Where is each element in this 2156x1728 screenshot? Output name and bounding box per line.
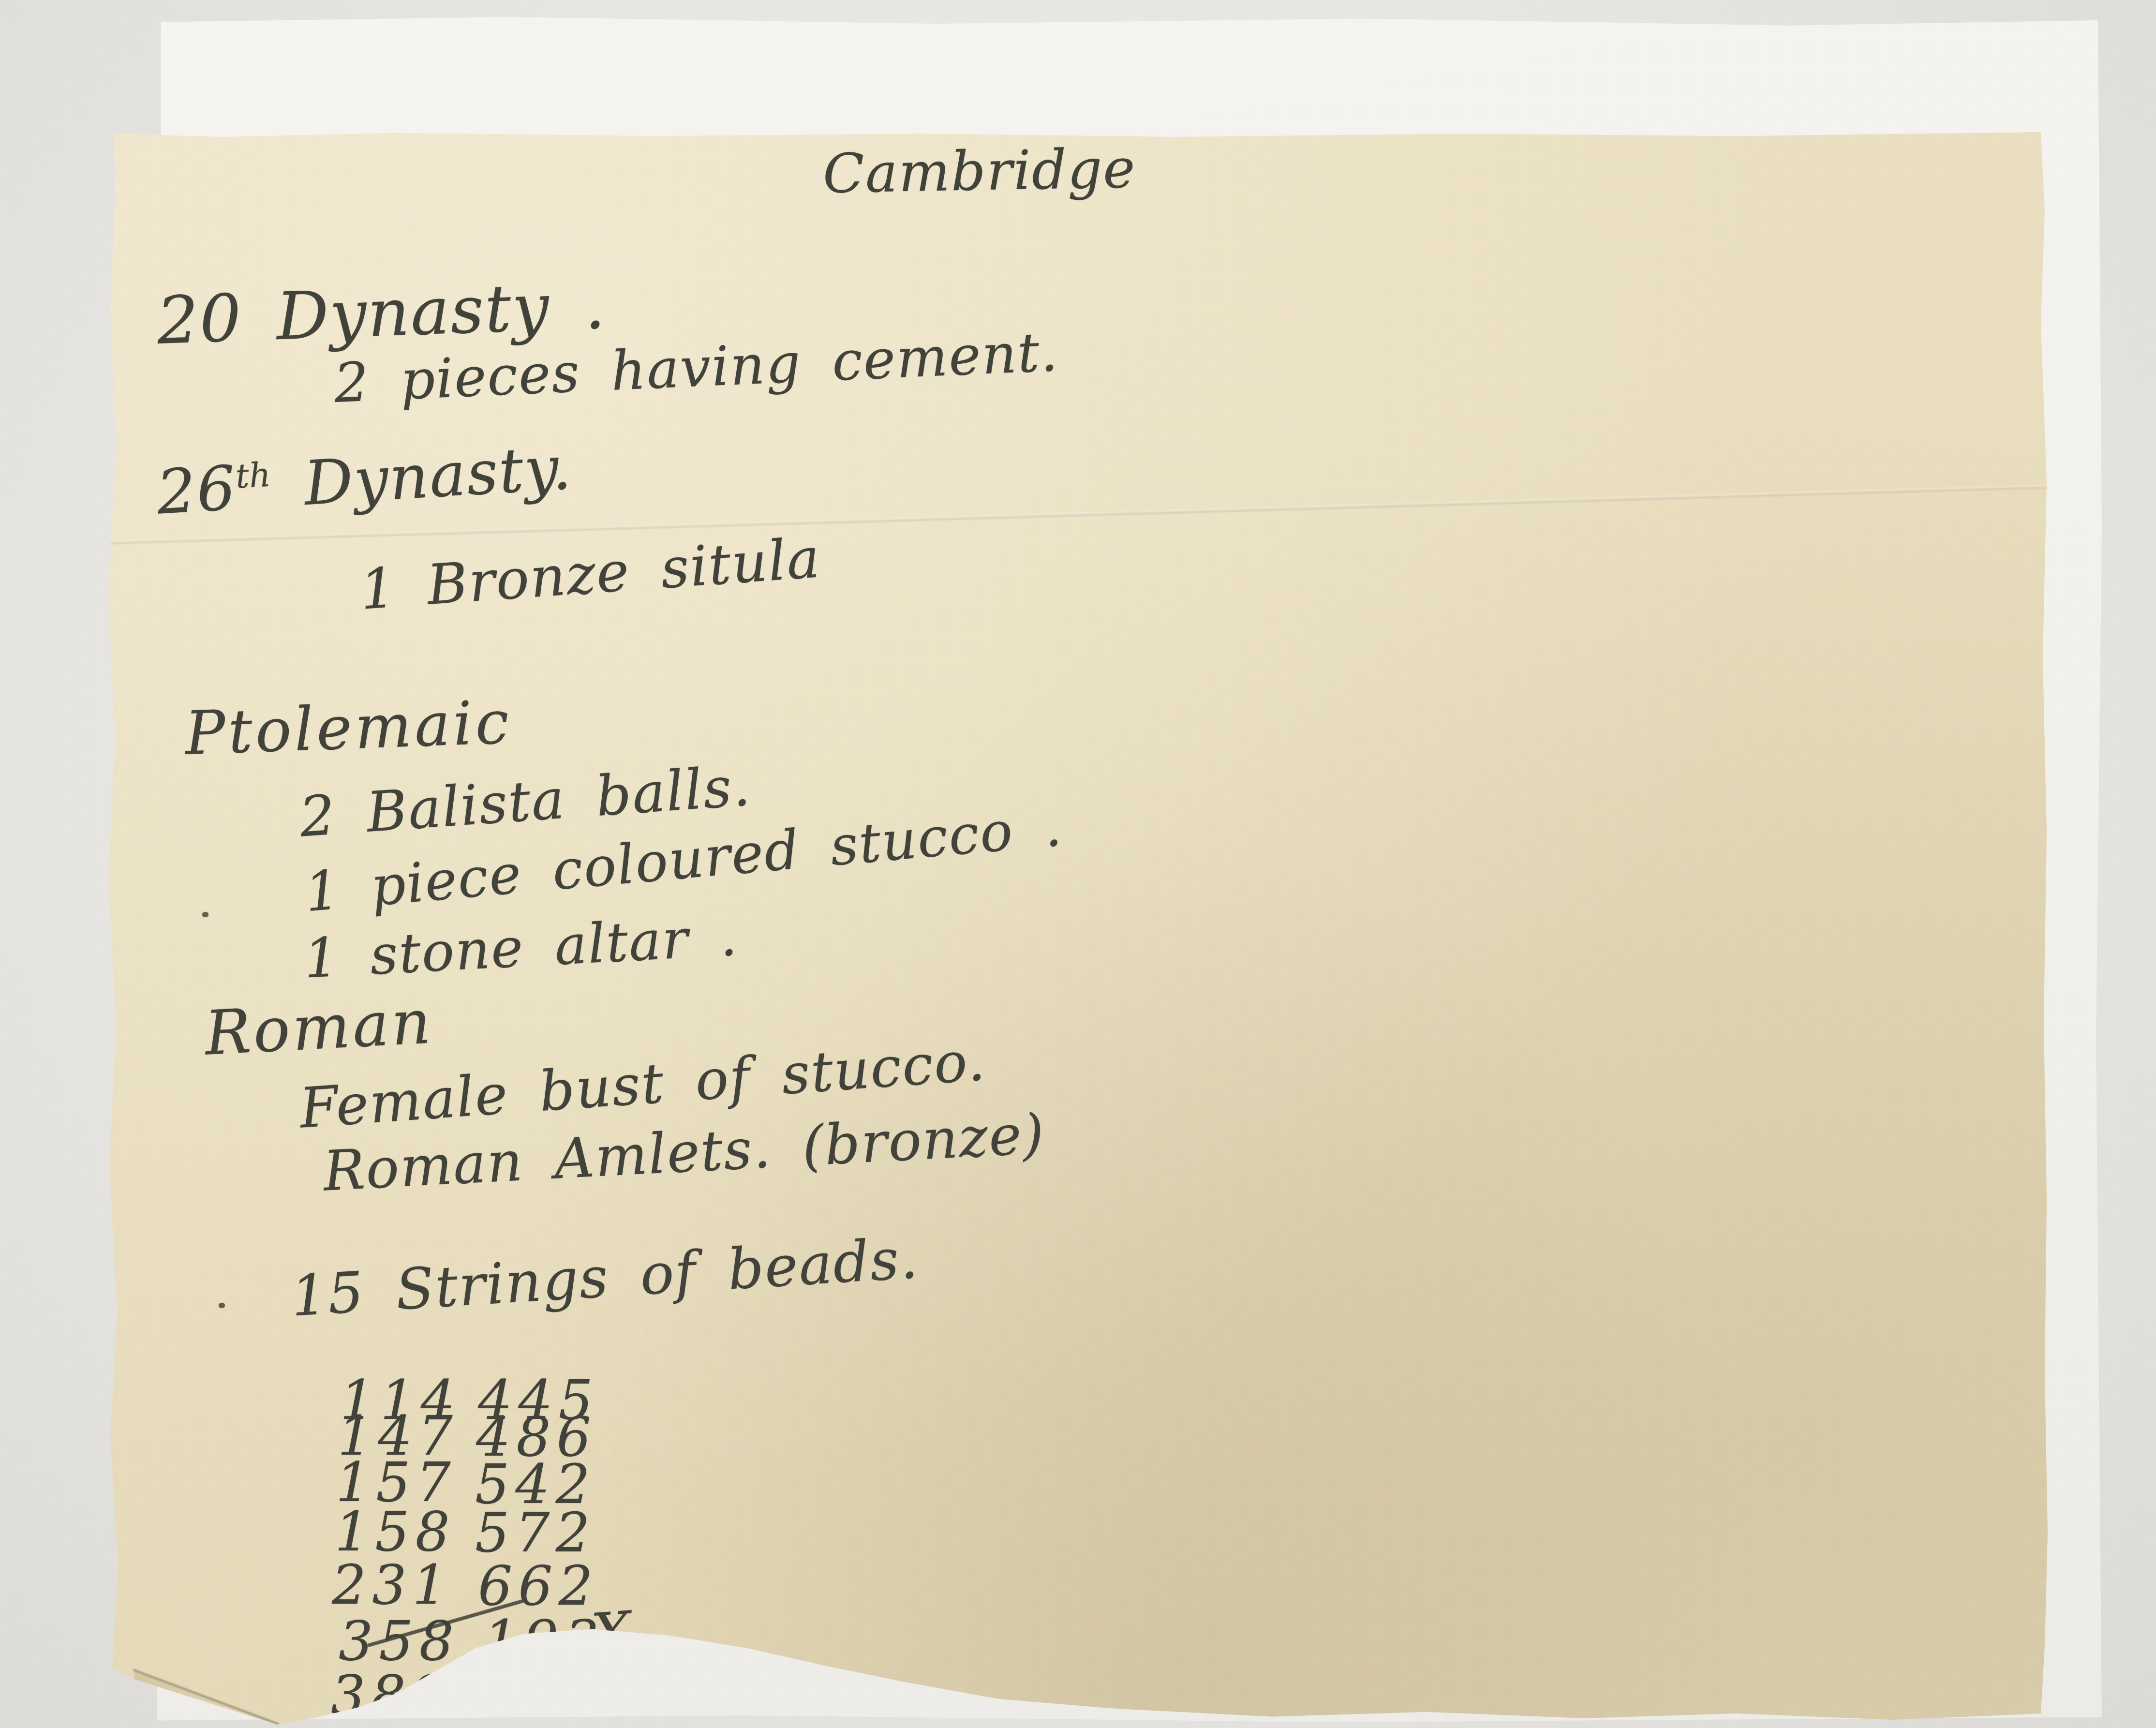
heading-ptolemaic: Ptolemaic	[184, 687, 513, 768]
bead-number-left: 231	[332, 1554, 453, 1617]
scanned-photo: Cambridge 20 Dynasty . 2 pieces having c…	[0, 0, 2156, 1728]
bead-number-left-crossed: 358	[339, 1610, 460, 1673]
heading-26th-dynasty: 26th Dynasty.	[155, 432, 574, 528]
ink-dot	[219, 1303, 225, 1308]
heading-roman: Roman	[203, 986, 435, 1069]
heading-26-ordinal: th	[235, 456, 272, 496]
item-bronze-situla: 1 Bronze situla	[358, 525, 822, 622]
heading-strings-of-beads: 15 Strings of beads.	[289, 1226, 921, 1329]
heading-26-num: 26	[155, 452, 238, 528]
handwritten-note-paper: Cambridge 20 Dynasty . 2 pieces having c…	[106, 132, 2049, 1725]
page-title: Cambridge	[822, 137, 1137, 206]
heading-26-rest: Dynasty.	[269, 432, 574, 521]
ink-dot	[202, 912, 208, 917]
